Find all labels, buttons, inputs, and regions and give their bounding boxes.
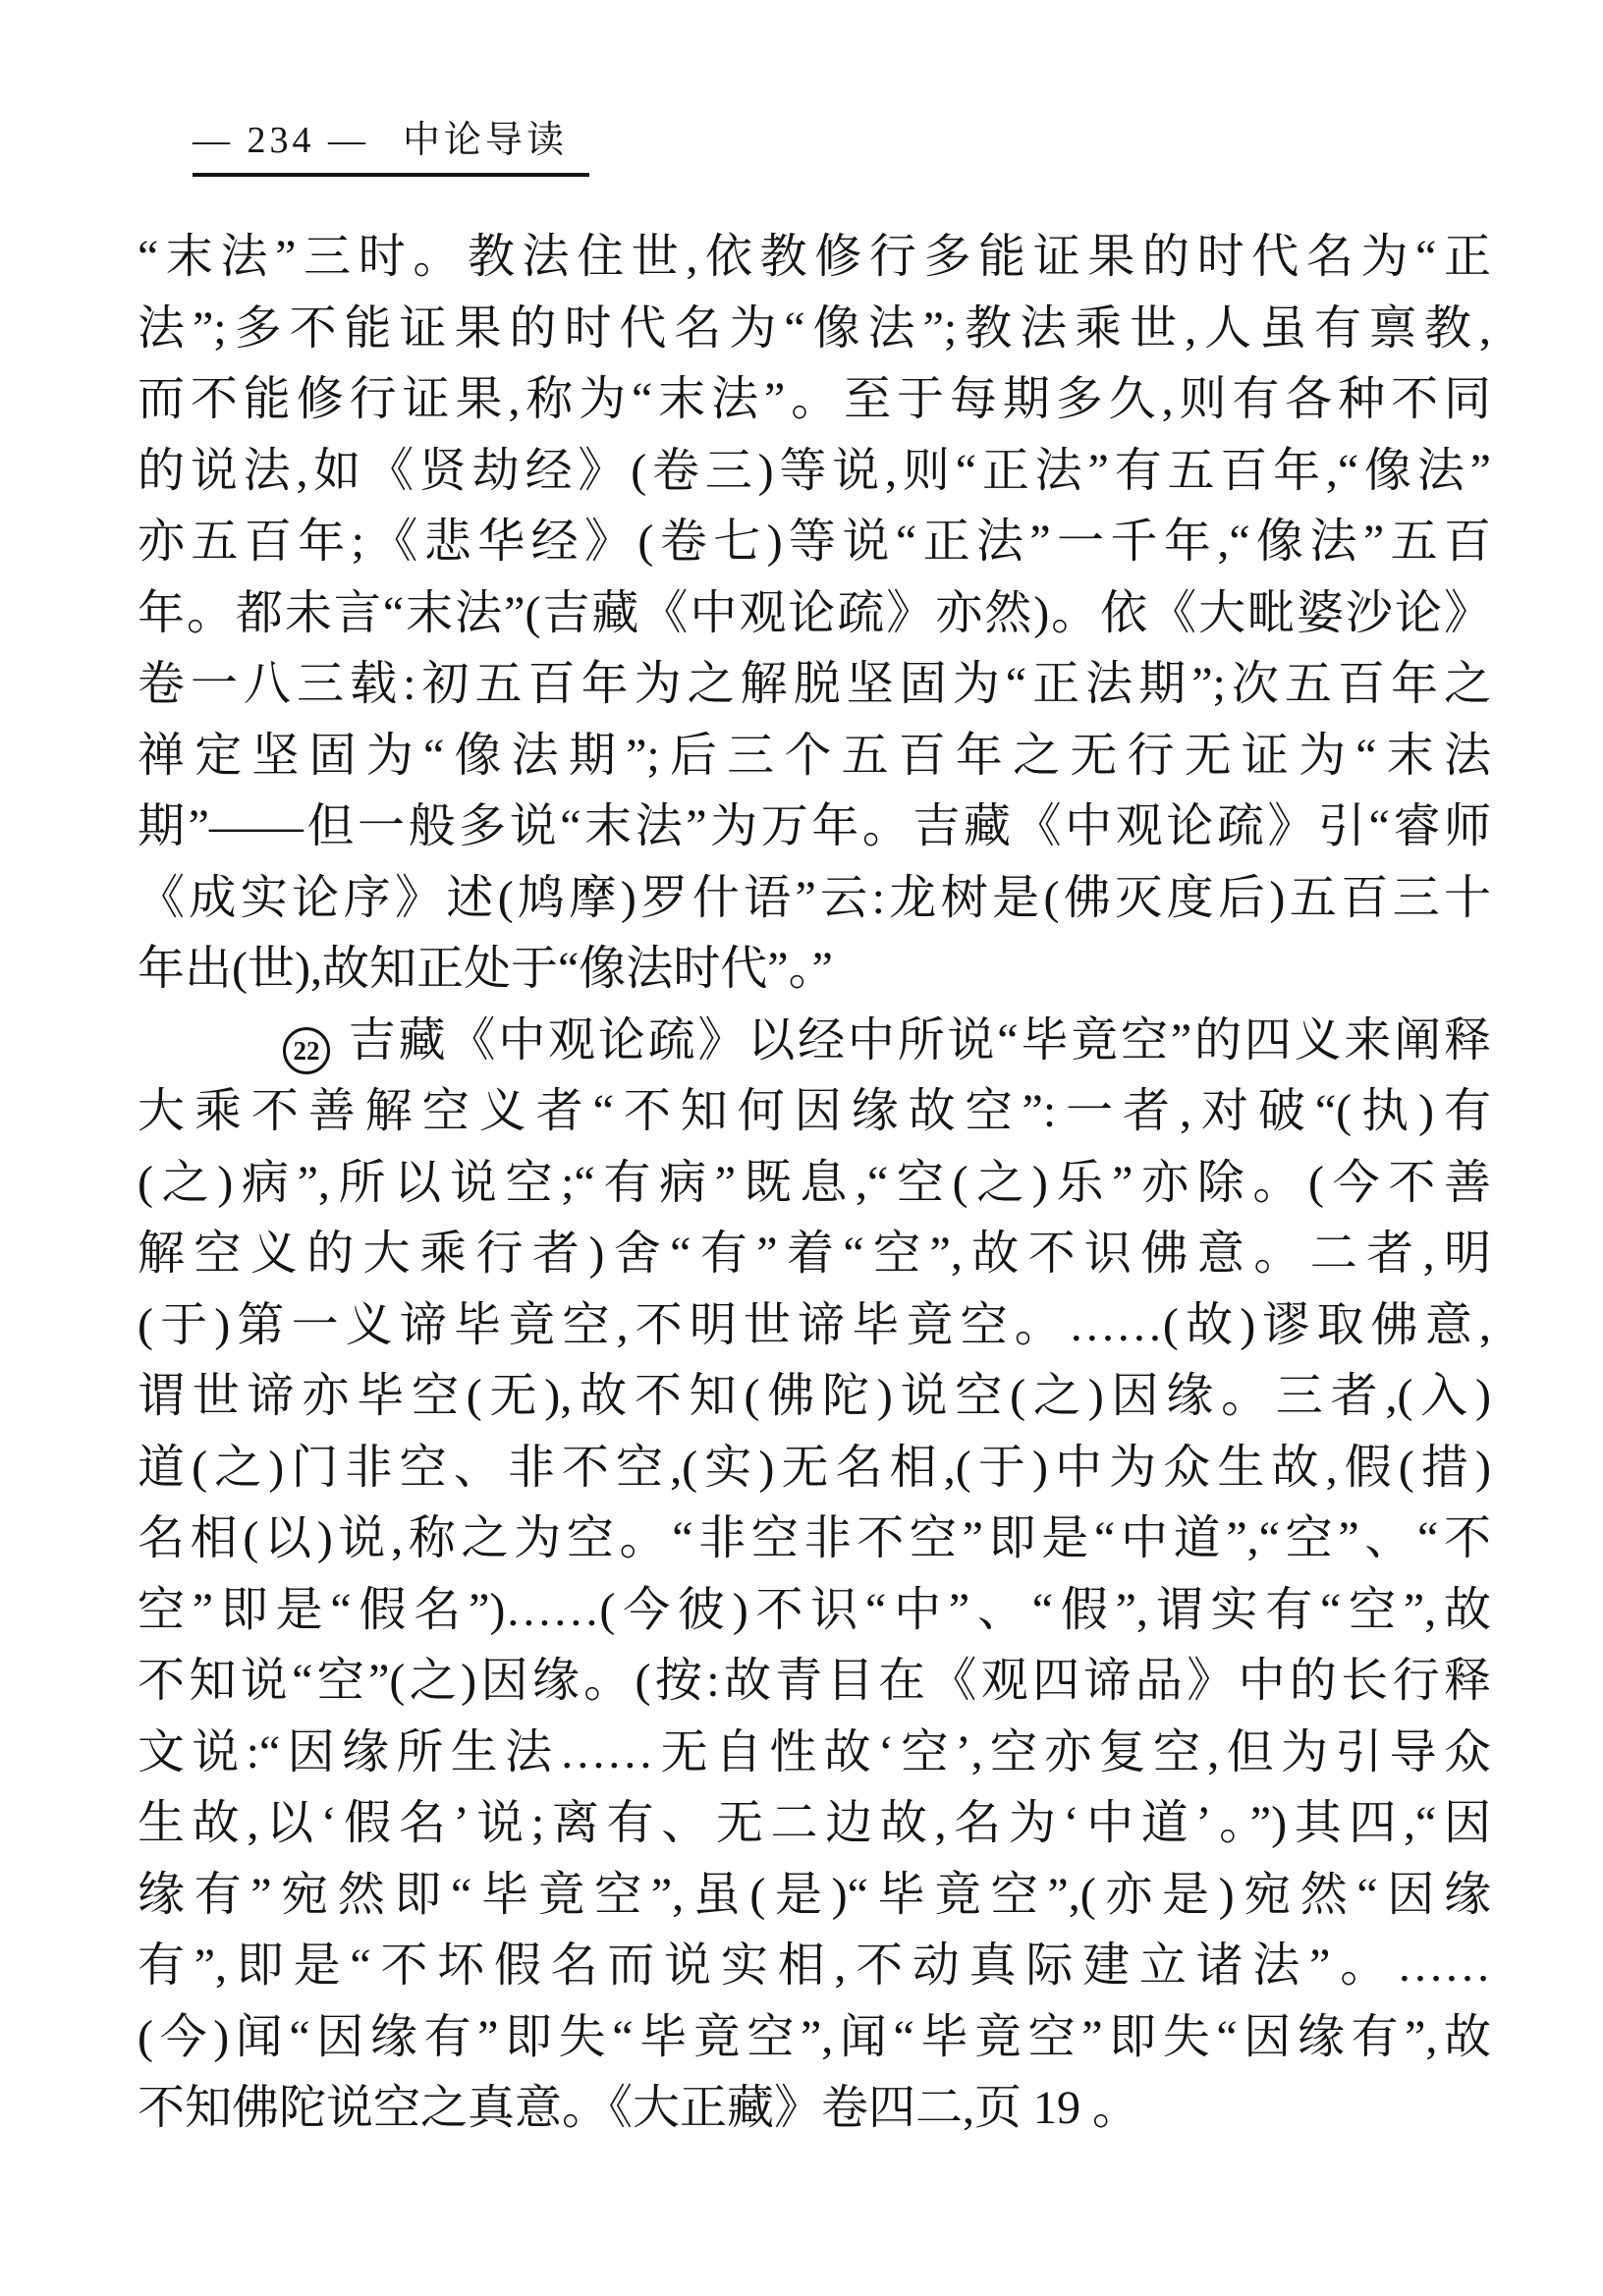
text-line: “末法”三时。教法住世,依教修行多能证果的时代名为“正 <box>138 222 1491 294</box>
text-line: 解空义的大乘行者)舍“有”着“空”,故不识佛意。二者,明 <box>138 1219 1491 1290</box>
text-line: 不知佛陀说空之真意。《大正藏》卷四二,页 19 。 <box>138 2073 1491 2145</box>
text-line-footnote-start: 22吉藏《中观论疏》以经中所说“毕竟空”的四义来阐释 <box>138 1006 1491 1077</box>
text-line: 而不能修行证果,称为“末法”。至于每期多久,则有各种不同 <box>138 364 1491 436</box>
text-line: 法”;多不能证果的时代名为“像法”;教法乘世,人虽有禀教, <box>138 294 1491 365</box>
text-line: 生故,以‘假名’说;离有、无二边故,名为‘中道’。”)其四,“因 <box>138 1788 1491 1860</box>
text-line: 年出(世),故知正处于“像法时代”。” <box>138 934 1491 1006</box>
text-line: (之)病”,所以说空;“有病”既息,“空(之)乐”亦除。(今不善 <box>138 1148 1491 1220</box>
text-line: 年。都未言“末法”(吉藏《中观论疏》亦然)。依《大毗婆沙论》 <box>138 578 1491 650</box>
text-line: 有”,即是“不坏假名而说实相,不动真际建立诸法”。…… <box>138 1931 1491 2002</box>
text-line: (于)第一义谛毕竟空,不明世谛毕竟空。……(故)谬取佛意, <box>138 1290 1491 1362</box>
text-line: 道(之)门非空、非不空,(实)无名相,(于)中为众生故,假(措) <box>138 1433 1491 1504</box>
text-line: 大乘不善解空义者“不知何因缘故空”:一者,对破“(执)有 <box>138 1076 1491 1148</box>
text-line: 不知说“空”(之)因缘。(按:故青目在《观四谛品》中的长行释 <box>138 1646 1491 1718</box>
text-line: 亦五百年;《悲华经》(卷七)等说“正法”一千年,“像法”五百 <box>138 507 1491 578</box>
book-page: — 234 — 中论导读 “末法”三时。教法住世,依教修行多能证果的时代名为“正… <box>0 0 1603 2296</box>
text-line: 名相(以)说,称之为空。“非空非不空”即是“中道”,“空”、“不 <box>138 1503 1491 1575</box>
footnote-number-badge: 22 <box>283 1027 330 1074</box>
text-line: 《成实论序》述(鸠摩)罗什语”云:龙树是(佛灭度后)五百三十 <box>138 863 1491 935</box>
body-text: “末法”三时。教法住世,依教修行多能证果的时代名为“正 法”;多不能证果的时代名… <box>138 222 1491 2145</box>
book-title: 中论导读 <box>403 116 568 165</box>
text-line: 空”即是“假名”)……(今彼)不识“中”、“假”,谓实有“空”,故 <box>138 1575 1491 1647</box>
text-line: 的说法,如《贤劫经》(卷三)等说,则“正法”有五百年,“像法” <box>138 436 1491 508</box>
text-line: 卷一八三载:初五百年为之解脱坚固为“正法期”;次五百年之 <box>138 649 1491 721</box>
text-line: 期”——但一般多说“末法”为万年。吉藏《中观论疏》引“睿师 <box>138 792 1491 863</box>
text-line: 文说:“因缘所生法……无自性故‘空’,空亦复空,但为引导众 <box>138 1718 1491 1789</box>
footnote-start-text: 吉藏《中观论疏》以经中所说“毕竟空”的四义来阐释 <box>346 1014 1491 1066</box>
text-line: 禅定坚固为“像法期”;后三个五百年之无行无证为“末法 <box>138 721 1491 793</box>
text-line: 谓世谛亦毕空(无),故不知(佛陀)说空(之)因缘。三者,(入) <box>138 1361 1491 1433</box>
text-line: (今)闻“因缘有”即失“毕竟空”,闻“毕竟空”即失“因缘有”,故 <box>138 2002 1491 2074</box>
page-number: — 234 — <box>193 116 369 165</box>
running-header: — 234 — 中论导读 <box>193 116 589 177</box>
text-line: 缘有”宛然即“毕竟空”,虽(是)“毕竟空”,(亦是)宛然“因缘 <box>138 1860 1491 1932</box>
